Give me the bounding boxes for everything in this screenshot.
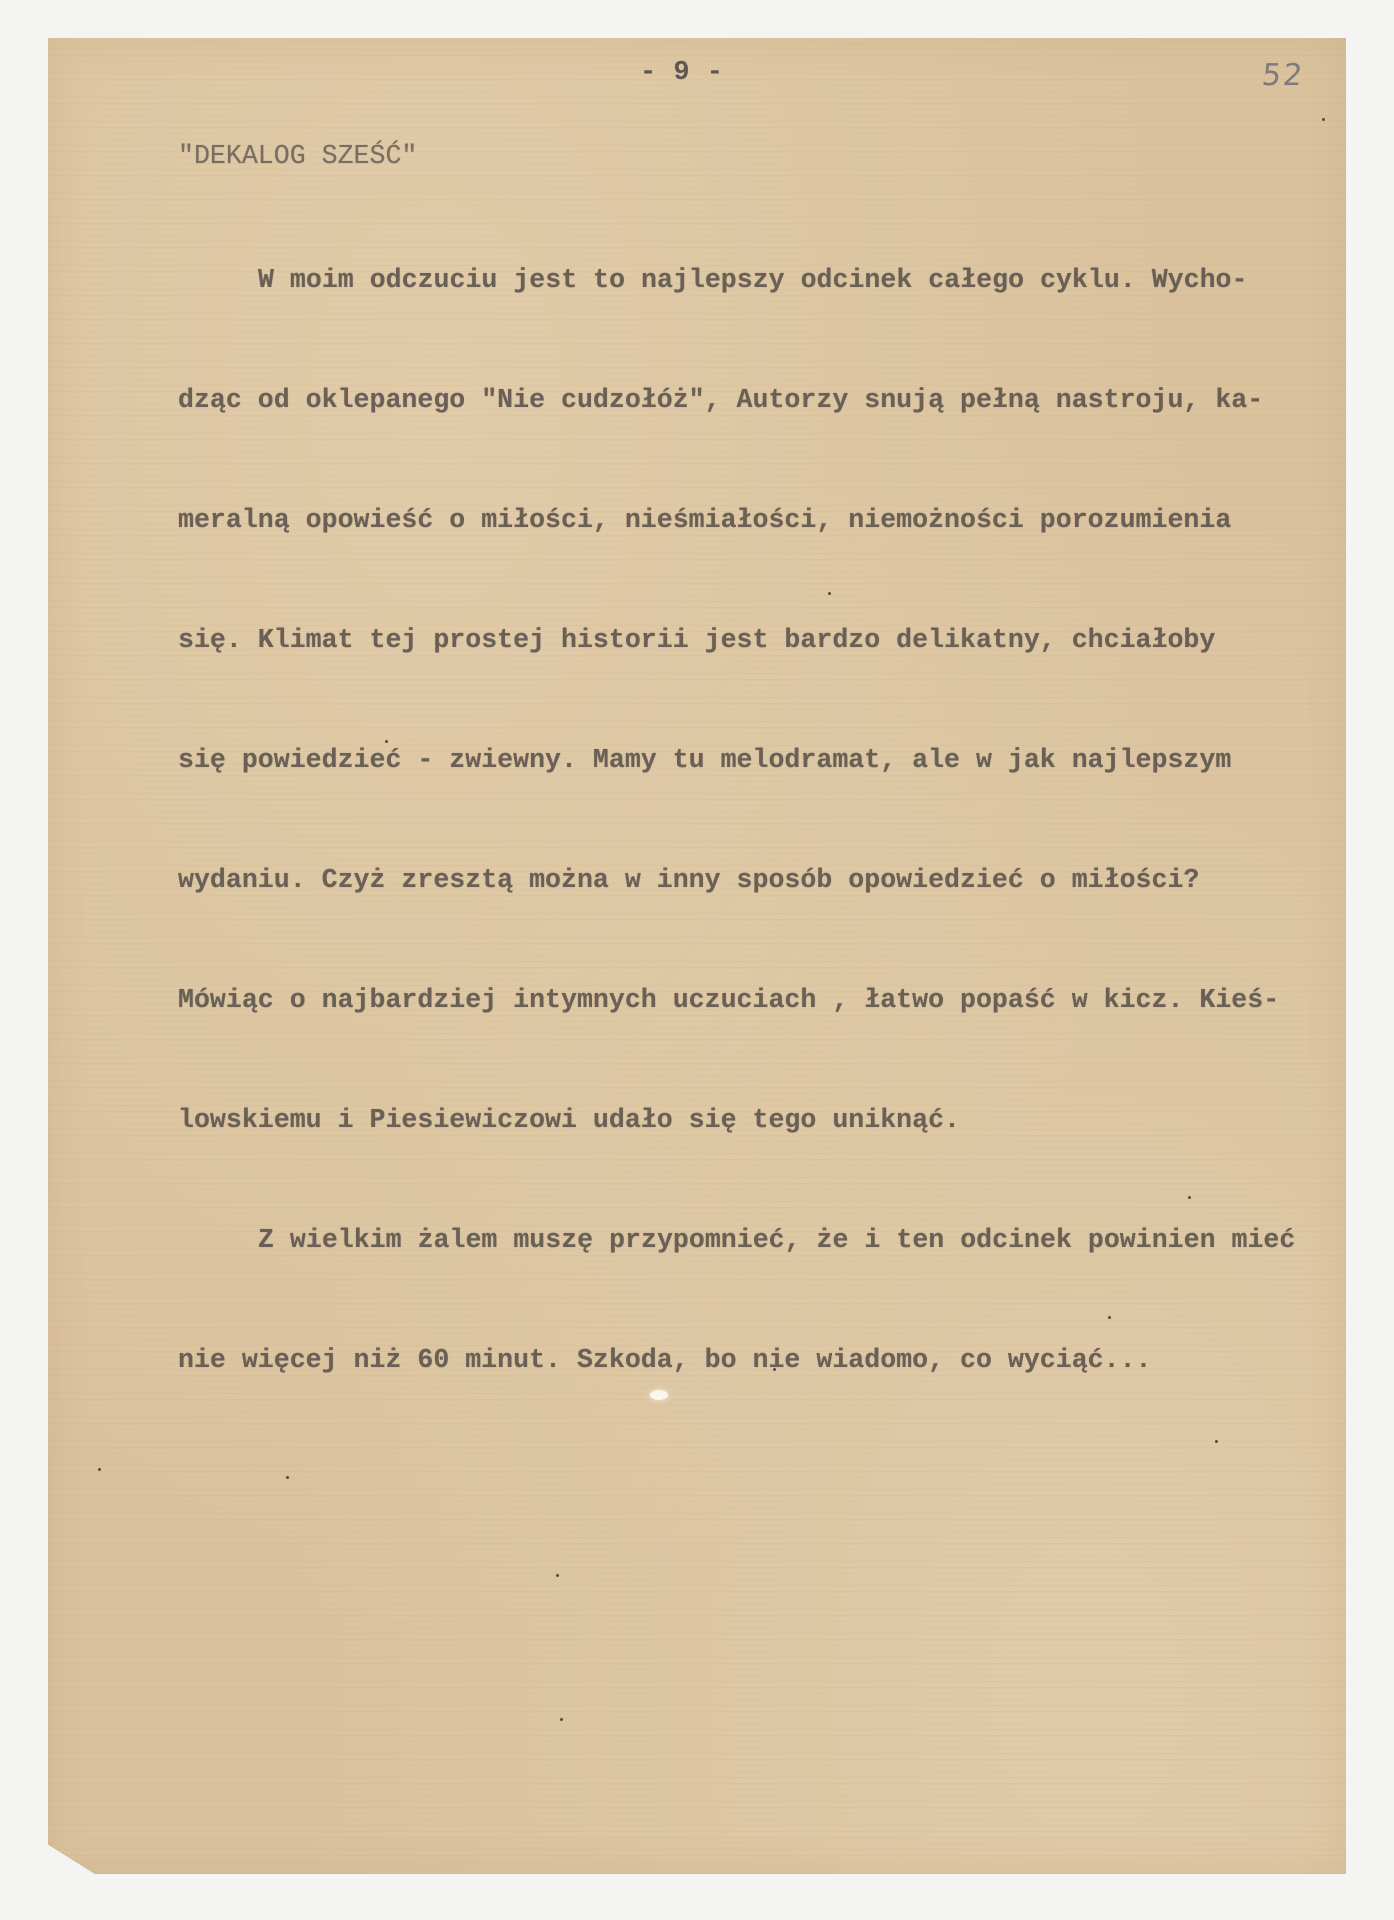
paragraph-1-line-8: lowskiemu i Piesiewiczowi udało się tego… bbox=[178, 1100, 1295, 1140]
review-body: W moim odczuciu jest to najlepszy odcine… bbox=[178, 180, 1295, 1420]
handwritten-archive-number: 52 bbox=[1260, 58, 1306, 93]
paragraph-2-line-2: nie więcej niż 60 minut. Szkoda, bo nie … bbox=[178, 1340, 1295, 1380]
paragraph-2-line-1: Z wielkim żalem muszę przypomnieć, że i … bbox=[178, 1220, 1295, 1260]
paper-speck bbox=[1215, 1440, 1218, 1443]
paper-speck bbox=[385, 740, 388, 743]
review-title: "DEKALOG SZEŚĆ" bbox=[178, 136, 417, 176]
paper-speck bbox=[560, 1718, 563, 1721]
paper-speck bbox=[1322, 118, 1325, 121]
paper-speck bbox=[556, 1574, 559, 1577]
page-number: - 9 - bbox=[640, 58, 724, 88]
paper-speck bbox=[98, 1468, 101, 1471]
paragraph-1-line-5: się powiedzieć - zwiewny. Mamy tu melodr… bbox=[178, 740, 1295, 780]
paper-speck bbox=[773, 1368, 776, 1371]
paragraph-1-line-7: Mówiąc o najbardziej intymnych uczuciach… bbox=[178, 980, 1295, 1020]
paper-speck bbox=[286, 1476, 289, 1479]
scan-glare bbox=[650, 1390, 668, 1400]
paragraph-1-line-4: się. Klimat tej prostej historii jest ba… bbox=[178, 620, 1295, 660]
paper-speck bbox=[1188, 1196, 1191, 1199]
paper-speck bbox=[828, 592, 831, 595]
paragraph-1-line-1: W moim odczuciu jest to najlepszy odcine… bbox=[178, 260, 1295, 300]
paper-speck bbox=[1108, 1316, 1111, 1319]
paragraph-1-line-2: dząc od oklepanego "Nie cudzołóż", Autor… bbox=[178, 380, 1295, 420]
paragraph-1-line-6: wydaniu. Czyż zresztą można w inny sposó… bbox=[178, 860, 1295, 900]
paragraph-1-line-3: meralną opowieść o miłości, nieśmiałości… bbox=[178, 500, 1295, 540]
